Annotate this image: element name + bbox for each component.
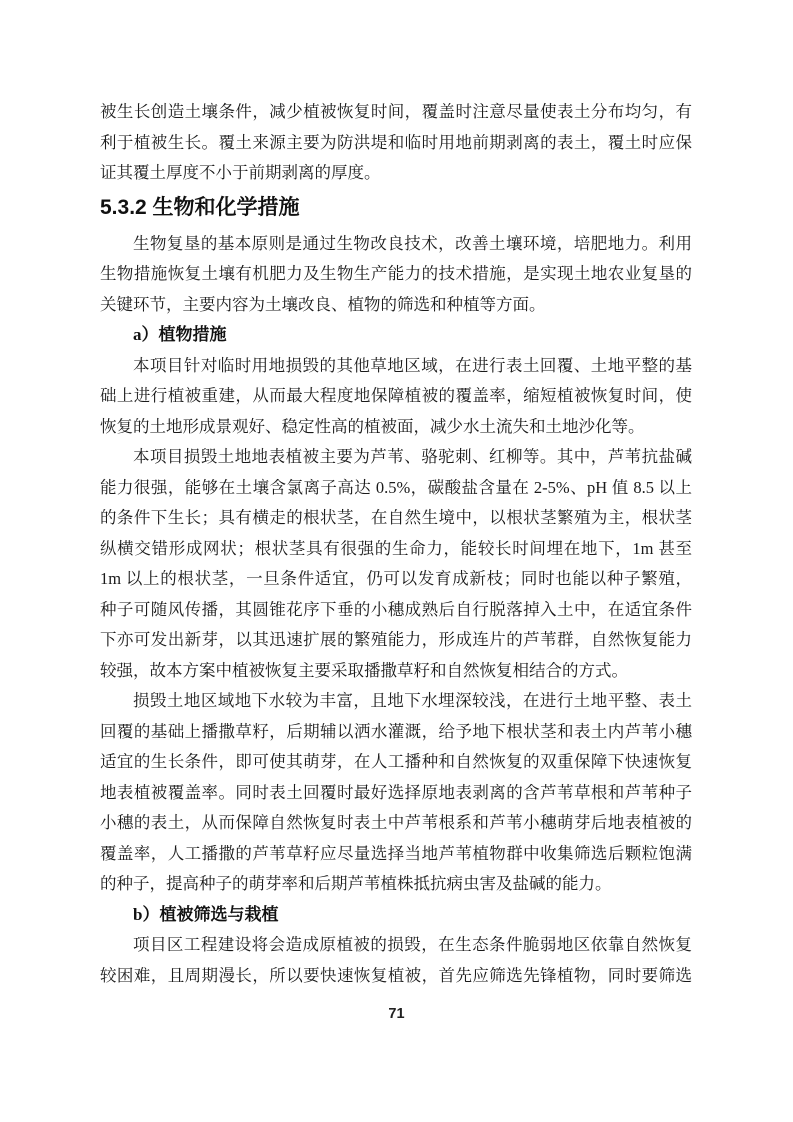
paragraph-line: 较困难，且周期漫长，所以要快速恢复植被，首先应筛选先锋植物，同时要筛选 xyxy=(100,961,692,992)
paragraph-line: 恢复的土地形成景观好、稳定性高的植被面，减少水土流失和土地沙化等。 xyxy=(100,412,692,443)
paragraph-line: 损毁土地区域地下水较为丰富，且地下水埋深较浅，在进行土地平整、表土 xyxy=(100,686,692,717)
document-page: 被生长创造土壤条件，减少植被恢复时间，覆盖时注意尽量使表土分布均匀，有利于植被生… xyxy=(0,0,793,1122)
paragraph: 本项目针对临时用地损毁的其他草地区域，在进行表土回覆、土地平整的基础上进行植被重… xyxy=(100,351,692,443)
paragraph-line: 项目区工程建设将会造成原植被的损毁，在生态条件脆弱地区依靠自然恢复 xyxy=(100,930,692,961)
paragraph-line: 关键环节，主要内容为土壤改良、植物的筛选和种植等方面。 xyxy=(100,290,692,321)
paragraph: 生物复垦的基本原则是通过生物改良技术，改善土壤环境，培肥地力。利用生物措施恢复土… xyxy=(100,229,692,321)
paragraph-line: 适宜的生长条件，即可使其萌芽，在人工播种和自然恢复的双重保障下快速恢复 xyxy=(100,747,692,778)
paragraph-line: 利于植被生长。覆土来源主要为防洪堤和临时用地前期剥离的表土，覆土时应保 xyxy=(100,128,692,159)
paragraph-line: 被生长创造土壤条件，减少植被恢复时间，覆盖时注意尽量使表土分布均匀，有 xyxy=(100,97,692,128)
paragraph-line: 生物复垦的基本原则是通过生物改良技术，改善土壤环境，培肥地力。利用 xyxy=(100,229,692,260)
paragraph-line: 覆盖率，人工播撒的芦苇草籽应尽量选择当地芦苇植物群中收集筛选后颗粒饱满 xyxy=(100,839,692,870)
subsection-heading: b）植被筛选与栽植 xyxy=(100,900,692,931)
paragraph-line: 种子可随风传播，其圆锥花序下垂的小穗成熟后自行脱落掉入土中，在适宜条件 xyxy=(100,595,692,626)
paragraph-line: 能力很强，能够在土壤含氯离子高达 0.5%，碳酸盐含量在 2-5%、pH 值 8… xyxy=(100,473,692,504)
paragraph-line: 的条件下生长；具有横走的根状茎，在自然生境中，以根状茎繁殖为主，根状茎 xyxy=(100,503,692,534)
paragraph-line: 1m 以上的根状茎，一旦条件适宜，仍可以发育成新枝；同时也能以种子繁殖， xyxy=(100,564,692,595)
paragraph-line: 回覆的基础上播撒草籽，后期辅以洒水灌溉，给予地下根状茎和表土内芦苇小穗 xyxy=(100,717,692,748)
paragraph-line: 证其覆土厚度不小于前期剥离的厚度。 xyxy=(100,158,692,189)
paragraph-line: 纵横交错形成网状；根状茎具有很强的生命力，能较长时间埋在地下，1m 甚至 xyxy=(100,534,692,565)
paragraph: 项目区工程建设将会造成原植被的损毁，在生态条件脆弱地区依靠自然恢复较困难，且周期… xyxy=(100,930,692,991)
paragraph: 损毁土地区域地下水较为丰富，且地下水埋深较浅，在进行土地平整、表土回覆的基础上播… xyxy=(100,686,692,900)
document-body: 被生长创造土壤条件，减少植被恢复时间，覆盖时注意尽量使表土分布均匀，有利于植被生… xyxy=(100,97,692,991)
paragraph-line: 小穗的表土，从而保障自然恢复时表土中芦苇根系和芦苇小穗萌芽后地表植被的 xyxy=(100,808,692,839)
subsection-heading: a）植物措施 xyxy=(100,320,692,351)
paragraph-line: 础上进行植被重建，从而最大程度地保障植被的覆盖率，缩短植被恢复时间，使 xyxy=(100,381,692,412)
paragraph-line: 的种子，提高种子的萌芽率和后期芦苇植株抵抗病虫害及盐碱的能力。 xyxy=(100,869,692,900)
paragraph-line: 下亦可发出新芽，以其迅速扩展的繁殖能力，形成连片的芦苇群，自然恢复能力 xyxy=(100,625,692,656)
paragraph-line: 地表植被覆盖率。同时表土回覆时最好选择原地表剥离的含芦苇草根和芦苇种子 xyxy=(100,778,692,809)
paragraph-line: 生物措施恢复土壤有机肥力及生物生产能力的技术措施，是实现土地农业复垦的 xyxy=(100,259,692,290)
page-number: 71 xyxy=(0,1006,793,1022)
paragraph-line: 本项目针对临时用地损毁的其他草地区域，在进行表土回覆、土地平整的基 xyxy=(100,351,692,382)
paragraph-line: 较强，故本方案中植被恢复主要采取播撒草籽和自然恢复相结合的方式。 xyxy=(100,656,692,687)
paragraph: 本项目损毁土地地表植被主要为芦苇、骆驼刺、红柳等。其中，芦苇抗盐碱能力很强，能够… xyxy=(100,442,692,686)
paragraph-line: 本项目损毁土地地表植被主要为芦苇、骆驼刺、红柳等。其中，芦苇抗盐碱 xyxy=(100,442,692,473)
paragraph: 被生长创造土壤条件，减少植被恢复时间，覆盖时注意尽量使表土分布均匀，有利于植被生… xyxy=(100,97,692,189)
section-heading: 5.3.2 生物和化学措施 xyxy=(100,192,692,224)
